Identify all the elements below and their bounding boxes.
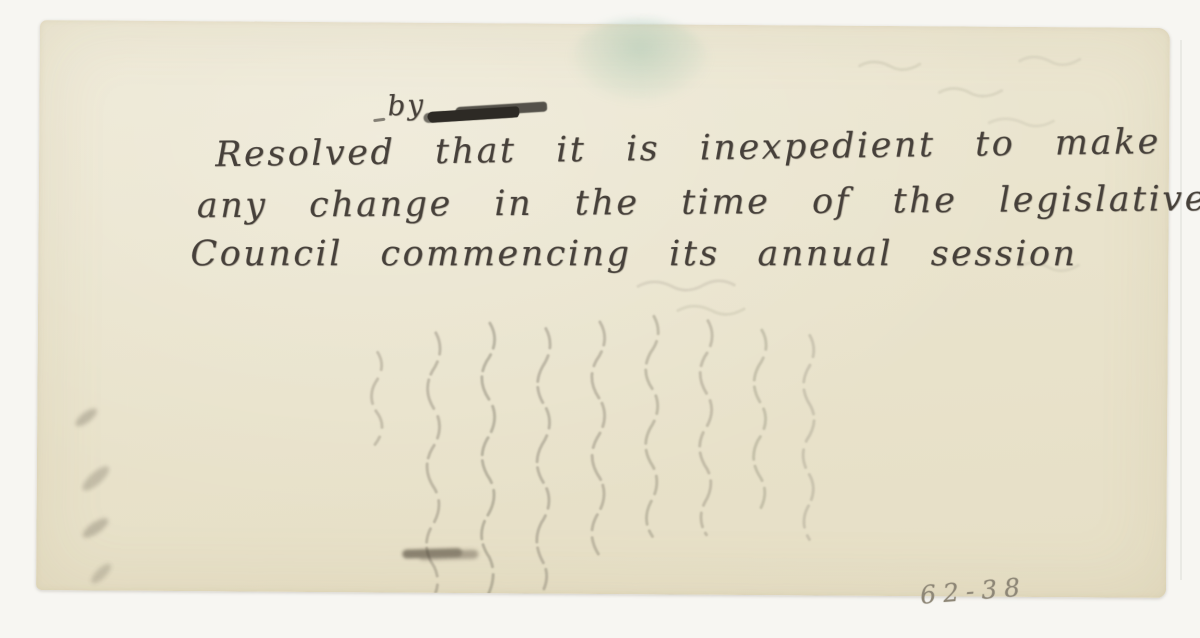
ink-smear bbox=[402, 548, 462, 559]
scan-stage: by Resolved that it is inexpedient to ma… bbox=[0, 0, 1200, 638]
scan-edge-shadow bbox=[1180, 40, 1182, 580]
interline-word: by bbox=[387, 88, 426, 123]
manuscript-line-3: Council commencing its annual session bbox=[190, 234, 1077, 274]
manuscript-paper: by Resolved that it is inexpedient to ma… bbox=[36, 20, 1170, 598]
manuscript-line-2: any change in the time of the legislativ… bbox=[197, 179, 1200, 226]
ink-show-through bbox=[36, 20, 1170, 598]
